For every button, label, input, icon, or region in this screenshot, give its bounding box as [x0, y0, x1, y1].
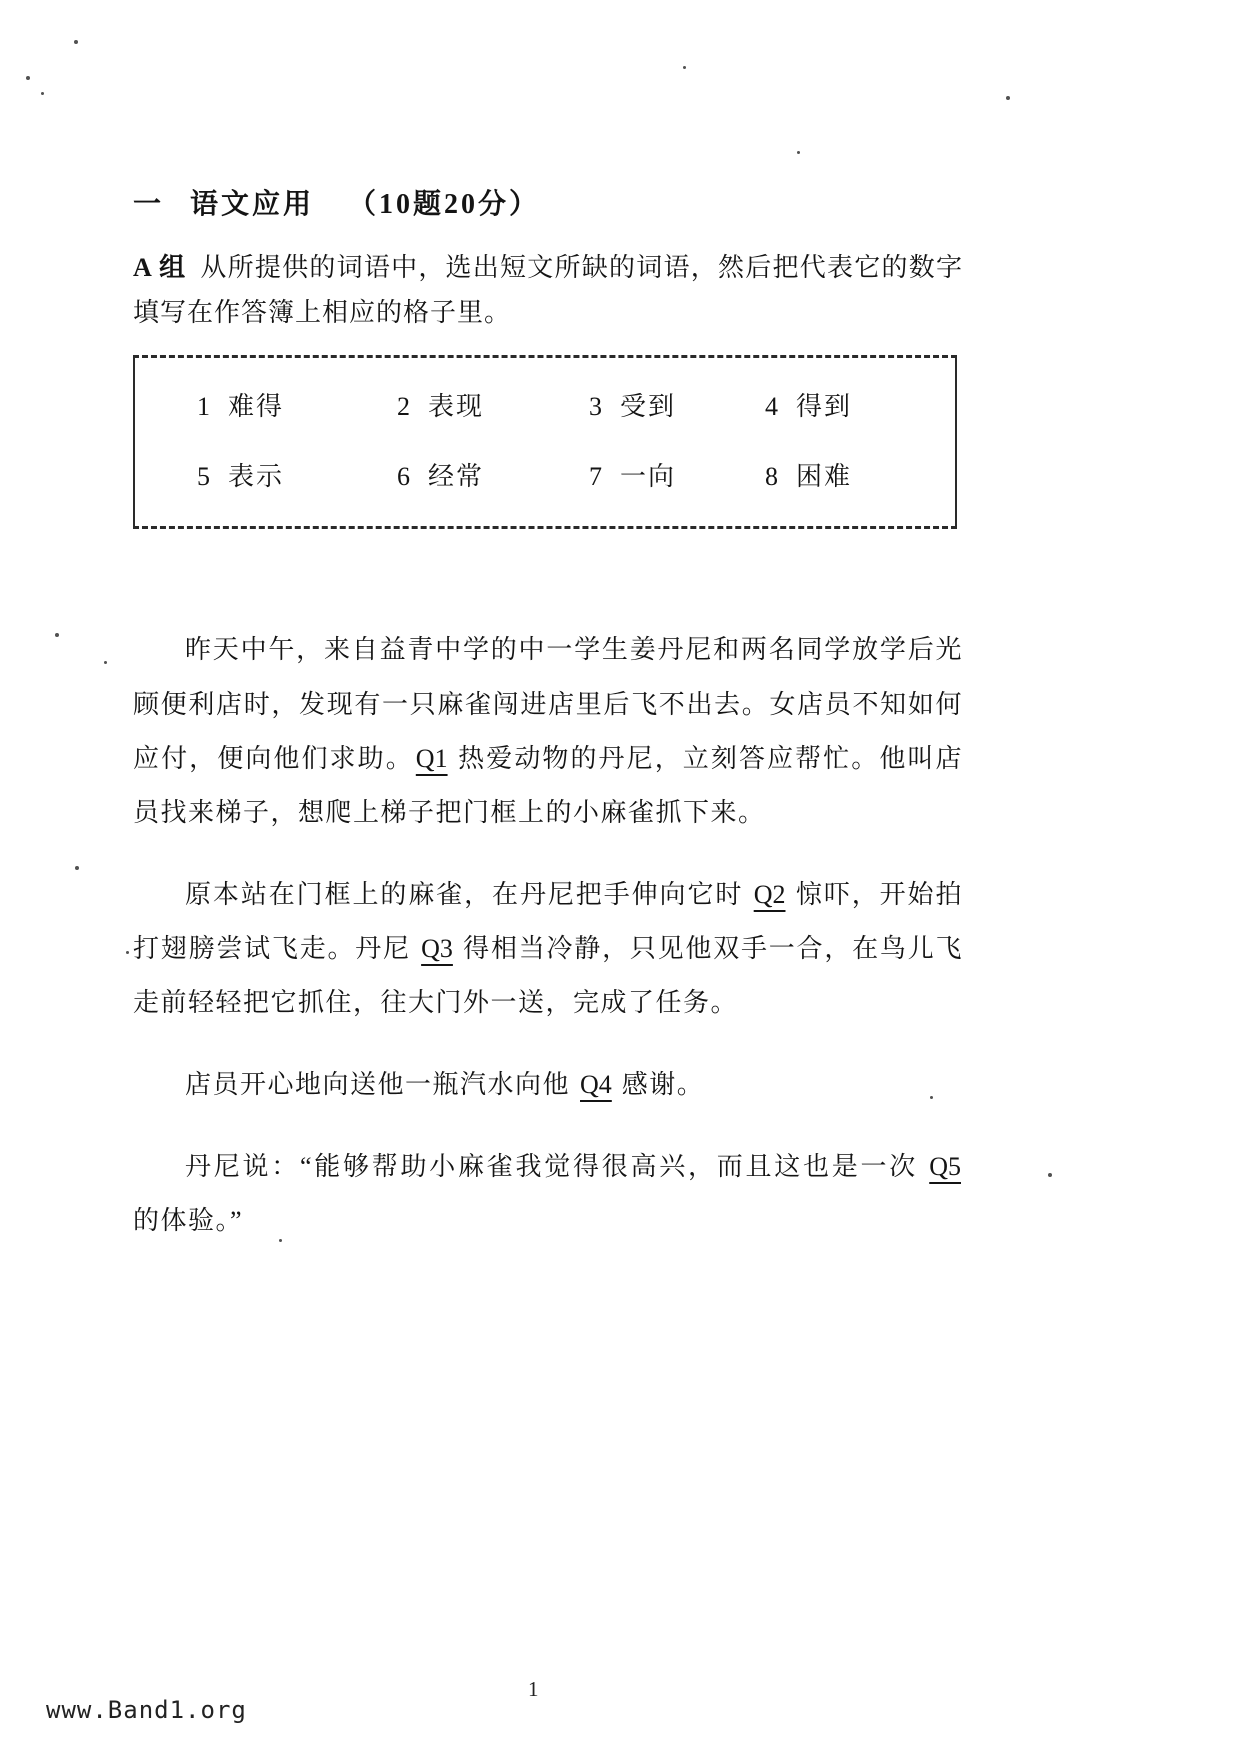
- item-number: 5: [197, 462, 212, 491]
- blank-q3: Q3: [419, 934, 455, 963]
- word-bank-item: 4得到: [765, 386, 945, 423]
- word-bank-item: 3受到: [589, 386, 765, 423]
- item-number: 7: [589, 462, 604, 491]
- instructions-text: 从所提供的词语中，选出短文所缺的词语，然后把代表它的数字填写在作答簿上相应的格子…: [133, 253, 963, 327]
- item-number: 6: [397, 462, 412, 491]
- item-word: 得到: [796, 392, 852, 421]
- scan-speck: [797, 151, 800, 154]
- paragraph-1: 昨天中午，来自益青中学的中一学生姜丹尼和两名同学放学后光顾便利店时，发现有一只麻…: [133, 623, 963, 839]
- blank-q1: Q1: [414, 744, 450, 773]
- instructions: A 组从所提供的词语中，选出短文所缺的词语，然后把代表它的数字填写在作答簿上相应…: [133, 246, 963, 335]
- word-bank: 1难得 2表现 3受到 4得到 5表示 6经常 7一向 8困难: [133, 355, 957, 529]
- passage-text: 店员开心地向送他一瓶汽水向他: [185, 1070, 578, 1099]
- paragraph-4: 丹尼说：“能够帮助小麻雀我觉得很高兴，而且这也是一次 Q5 的体验。”: [133, 1140, 963, 1248]
- section-marks: （10题20分）: [348, 182, 540, 222]
- passage: 昨天中午，来自益青中学的中一学生姜丹尼和两名同学放学后光顾便利店时，发现有一只麻…: [133, 623, 963, 1248]
- page-number: 1: [528, 1677, 539, 1702]
- blank-q5: Q5: [927, 1152, 963, 1181]
- section-name: 语文应用: [190, 182, 314, 222]
- item-number: 1: [197, 392, 212, 421]
- footer-url: www.Band1.org: [46, 1696, 247, 1724]
- scan-speck: [74, 40, 78, 44]
- word-bank-row: 5表示 6经常 7一向 8困难: [197, 446, 945, 502]
- item-word: 一向: [620, 462, 676, 491]
- scan-speck: [41, 92, 44, 95]
- scan-speck: [26, 76, 30, 80]
- item-word: 经常: [428, 462, 484, 491]
- word-bank-item: 8困难: [765, 456, 945, 493]
- item-number: 3: [589, 392, 604, 421]
- group-label: A 组: [133, 253, 186, 282]
- word-bank-item: 7一向: [589, 456, 765, 493]
- passage-text: 丹尼说：“能够帮助小麻雀我觉得很高兴，而且这也是一次: [185, 1152, 927, 1181]
- scan-speck: [683, 66, 686, 69]
- word-bank-item: 5表示: [197, 456, 397, 493]
- paragraph-3: 店员开心地向送他一瓶汽水向他 Q4 感谢。: [133, 1058, 963, 1112]
- item-number: 8: [765, 462, 780, 491]
- item-number: 2: [397, 392, 412, 421]
- word-bank-row: 1难得 2表现 3受到 4得到: [197, 376, 945, 432]
- item-word: 受到: [620, 392, 676, 421]
- item-word: 难得: [228, 392, 284, 421]
- item-word: 困难: [796, 462, 852, 491]
- item-word: 表现: [428, 392, 484, 421]
- word-bank-item: 6经常: [397, 456, 589, 493]
- passage-text: 原本站在门框上的麻雀，在丹尼把手伸向它时: [185, 880, 752, 909]
- section-title: 一 语文应用 （10题20分）: [133, 182, 963, 222]
- blank-q4: Q4: [578, 1070, 614, 1099]
- passage-text: 感谢。: [614, 1070, 705, 1099]
- passage-text: 的体验。”: [133, 1206, 243, 1235]
- scan-speck: [1048, 1173, 1052, 1177]
- exam-paper-page: 一 语文应用 （10题20分） A 组从所提供的词语中，选出短文所缺的词语，然后…: [0, 0, 1239, 1754]
- scan-speck: [104, 661, 107, 664]
- scan-speck: [126, 951, 129, 954]
- word-bank-item: 2表现: [397, 386, 589, 423]
- scan-speck: [55, 633, 59, 637]
- paragraph-2: 原本站在门框上的麻雀，在丹尼把手伸向它时 Q2 惊吓，开始拍打翅膀尝试飞走。丹尼…: [133, 868, 963, 1030]
- word-bank-item: 1难得: [197, 386, 397, 423]
- blank-q2: Q2: [752, 880, 788, 909]
- scan-speck: [75, 866, 79, 870]
- section-number: 一: [133, 182, 164, 222]
- item-number: 4: [765, 392, 780, 421]
- scan-speck: [1006, 96, 1010, 100]
- item-word: 表示: [228, 462, 284, 491]
